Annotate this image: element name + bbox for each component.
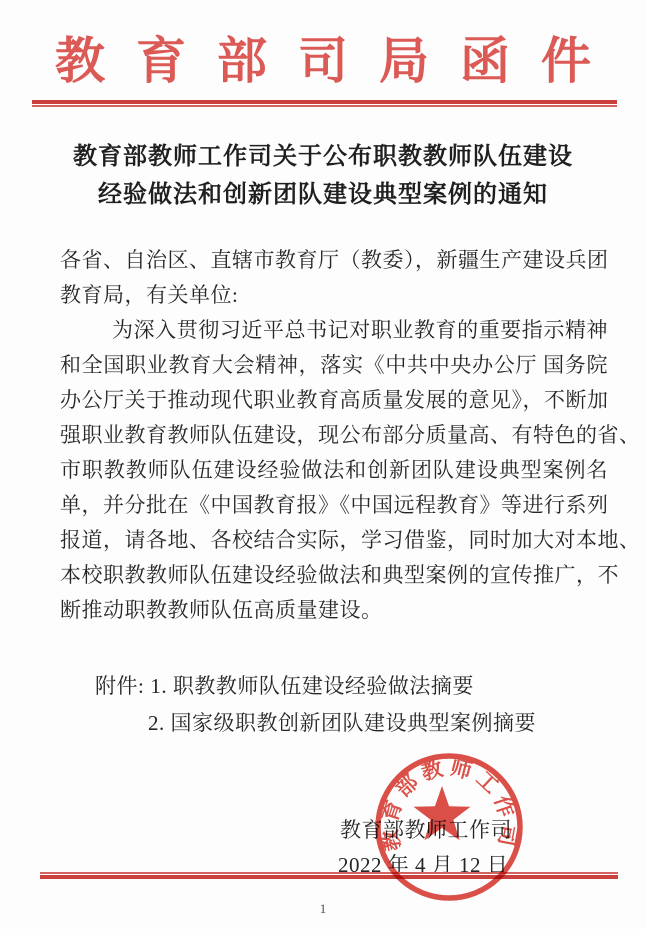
page-number: 1 [0,901,646,917]
body-line: 单，并分批在《中国教育报》《中国远程教育》等进行系列 [60,488,608,523]
body-line: 本校职教教师队伍建设经验做法和典型案例的宣传推广，不 [60,558,608,593]
red-star-icon [414,786,471,840]
rule-thin [32,105,617,107]
body-line: 和全国职业教育大会精神，落实《中共中央办公厅 国务院 [60,348,608,383]
document-title-line1: 教育部教师工作司关于公布职教教师队伍建设 [0,138,646,176]
document-title: 教育部教师工作司关于公布职教教师队伍建设 经验做法和创新团队建设典型案例的通知 [0,138,646,214]
body-line: 强职业教育教师队伍建设，现公布部分质量高、有特色的省、 [60,418,608,453]
seal-arc-text: 教育部教师工作司 [377,755,521,853]
letterhead-title: 教育部司局函件 [0,30,646,92]
body-line: 各省、自治区、直辖市教育厅（教委），新疆生产建设兵团 [60,243,608,278]
attachment-item-text: 1. 职教教师队伍建设经验做法摘要 [150,674,474,698]
attachment-item: 2. 国家级职教创新团队建设典型案例摘要 [148,705,536,742]
body-line: 为深入贯彻习近平总书记对职业教育的重要指示精神 [60,313,608,348]
body-line: 市职教教师队伍建设经验做法和创新团队建设典型案例名 [60,453,608,488]
body-text: 各省、自治区、直辖市教育厅（教委），新疆生产建设兵团 教育局，有关单位: 为深入… [60,243,608,628]
official-seal-stamp: 教育部教师工作司 [369,747,529,907]
footer-double-rule [40,872,618,879]
body-line: 教育局，有关单位: [60,278,608,313]
body-line: 断推动职教教师队伍高质量建设。 [60,593,608,628]
attachment-item-text: 2. 国家级职教创新团队建设典型案例摘要 [148,711,536,735]
document-page: 教育部司局函件 教育部教师工作司关于公布职教教师队伍建设 经验做法和创新团队建设… [0,0,646,929]
document-title-line2: 经验做法和创新团队建设典型案例的通知 [0,176,646,214]
attachment-item: 附件:1. 职教教师队伍建设经验做法摘要 [95,668,536,705]
letterhead-double-rule [32,100,617,107]
rule-thick [40,875,618,879]
attachments-block: 附件:1. 职教教师队伍建设经验做法摘要 2. 国家级职教创新团队建设典型案例摘… [95,668,536,742]
rule-thick [32,100,617,104]
attachments-label: 附件: [95,674,144,698]
body-line: 办公厅关于推动现代职业教育高质量发展的意见》，不断加 [60,383,608,418]
body-line: 报道，请各地、各校结合实际，学习借鉴，同时加大对本地、 [60,523,608,558]
rule-thin [40,872,618,874]
